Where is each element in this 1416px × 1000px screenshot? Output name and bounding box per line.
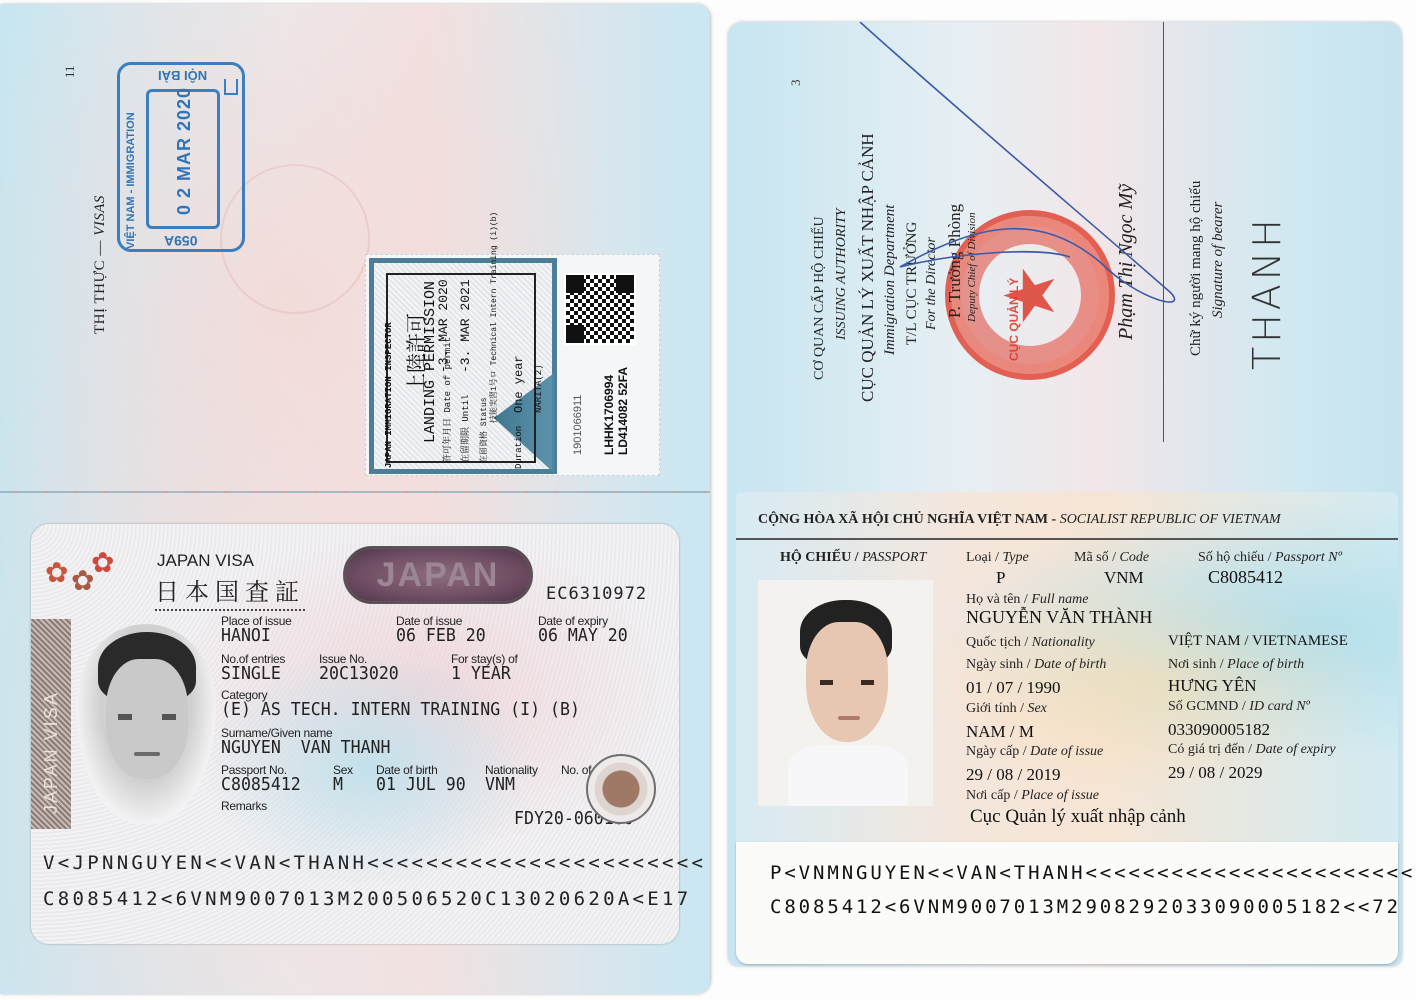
visa-side-text: JAPAN VISA (41, 691, 62, 814)
japan-visa-sticker: ✿ ✿ ✿ JAPAN VISA 日本国査証 JAPAN EC6310972 J… (31, 524, 679, 944)
exit-arrow-icon (224, 79, 238, 95)
visa-field-category: Category(E) AS TECH. INTERN TRAINING (I)… (221, 690, 611, 719)
sticker-code-1: LHHK1706994 (602, 375, 616, 455)
visa-field-sex: SexM (333, 765, 353, 794)
page-fold (0, 491, 710, 493)
date-of-issue: 29 / 08 / 2019 (966, 765, 1060, 785)
until-label: 在留期限 Until (458, 395, 471, 463)
until-date: -3. MAR 2021 (458, 279, 473, 373)
visa-field-entries: No.of entriesSINGLE (221, 654, 286, 683)
qr-code (564, 273, 636, 345)
bearer-signature-label-en: Signature of bearer (1210, 202, 1227, 318)
visa-page: 11 THỊ THỰC — VISAS VIỆT NAM - IMMIGRATI… (0, 4, 710, 994)
passport-mrz-line-2: C8085412<6VNM9007013M2908292033090005182… (770, 896, 1401, 918)
nationality: VIỆT NAM / VIETNAMESE (1168, 633, 1348, 650)
pob-label: Nơi sinh / Place of birth (1168, 657, 1304, 673)
country-code: VNM (1104, 568, 1144, 588)
visa-field-stay: For stay(s) of1 YEAR (451, 654, 517, 683)
bearer-signature: THANH (1245, 215, 1289, 370)
passport-holder-photo (758, 580, 933, 806)
place-of-issue: Cục Quản lý xuất nhập cảnh (970, 806, 1186, 828)
sticker-code-2: LD414082 52FA (616, 367, 630, 455)
page-number: 11 (62, 65, 78, 78)
hologram-text: JAPAN (377, 556, 500, 595)
sex-label: Giới tính / Sex (966, 701, 1047, 717)
republic-title: CỘNG HÒA XÃ HỘI CHỦ NGHĨA VIỆT NAM - SOC… (758, 512, 1281, 528)
visa-field-issue-no: Issue No.20C13020 (319, 654, 406, 683)
visa-title-jp: 日本国査証 (155, 572, 305, 611)
landing-permission-sticker: JAPAN IMMIGRATION INSPECTOR 上陸許可 LANDING… (365, 254, 660, 476)
visa-field-name: Surname/Given nameNGUYEN VAN THANH (221, 728, 405, 757)
republic-title-en: SOCIALIST REPUBLIC OF VIETNAM (1060, 512, 1281, 527)
dob-label: Ngày sinh / Date of birth (966, 657, 1106, 673)
landing-permission-panel: JAPAN IMMIGRATION INSPECTOR 上陸許可 LANDING… (369, 258, 557, 474)
place-of-issue-label: Nơi cấp / Place of issue (966, 788, 1099, 804)
status-value: 技能実習1号ロ Technical Intern Training (i)(b) (488, 303, 499, 423)
passport-mrz-zone: P<VNMNGUYEN<<VAN<THANH<<<<<<<<<<<<<<<<<<… (736, 842, 1398, 964)
visa-mrz-line-1: V<JPNNGUYEN<<VAN<THANH<<<<<<<<<<<<<<<<<<… (43, 852, 706, 874)
date-of-expiry: 29 / 08 / 2029 (1168, 763, 1262, 783)
bearer-signature-label-vn: Chữ ký người mang hộ chiếu (1188, 181, 1205, 356)
visa-field-date-of-issue: Date of issue06 FEB 20 (396, 616, 494, 645)
issuing-authority-vn: CƠ QUAN CẤP HỘ CHIẾU (812, 216, 828, 380)
sticker-serial: 1901066911 (572, 395, 584, 455)
landing-port: NARITA(2) (534, 364, 544, 413)
passport-number: C8085412 (1208, 567, 1283, 588)
republic-title-vn: CỘNG HÒA XÃ HỘI CHỦ NGHĨA VIỆT NAM - (758, 512, 1060, 527)
id-card-number: 033090005182 (1168, 720, 1270, 740)
visa-hologram: JAPAN (343, 546, 533, 604)
signature-divider (1163, 22, 1164, 442)
passport-number-label: Số hộ chiếu / Passport Nº (1198, 550, 1342, 566)
visa-field-nationality: NationalityVNM (485, 765, 538, 794)
duration-label: Duration (514, 426, 524, 469)
visas-heading-vn: THỊ THỰC (92, 260, 108, 334)
full-name: NGUYỄN VĂN THÀNH (966, 607, 1152, 628)
date-of-birth: 01 / 07 / 1990 (966, 678, 1060, 698)
visa-field-place-of-issue: Place of issueHANOI (221, 616, 292, 645)
date-of-permit: -3. MAR 2020 (436, 279, 451, 373)
nationality-label: Quốc tịch / Nationality (966, 635, 1095, 651)
visa-number: EC6310972 (546, 584, 647, 604)
stamp-date: 0 2 MAR 2020 (174, 87, 195, 215)
visa-holder-photo (76, 624, 216, 824)
id-card-label: Số GCMND / ID card Nº (1168, 699, 1310, 715)
issue-date-label: Ngày cấp / Date of issue (966, 744, 1103, 760)
cherry-blossom-icon: ✿ (45, 556, 68, 590)
visa-field-remarks-label: Remarks (221, 801, 267, 812)
inspector-label: JAPAN IMMIGRATION INSPECTOR (384, 322, 394, 468)
cherry-blossom-icon: ✿ (91, 546, 114, 580)
full-name-label: Họ và tên / Full name (966, 592, 1088, 608)
entry-stamp: VIỆT NAM - IMMIGRATION 0 2 MAR 2020 NỘI … (117, 62, 245, 252)
passport-mrz-line-1: P<VNMNGUYEN<<VAN<THANH<<<<<<<<<<<<<<<<<<… (770, 862, 1415, 884)
visa-field-date-of-expiry: Date of expiry06 MAY 20 (538, 616, 636, 645)
stamp-code: 059A (164, 233, 197, 249)
page-number: 3 (788, 80, 804, 87)
visa-title: JAPAN VISA (157, 551, 254, 571)
expiry-date-label: Có giá trị đến / Date of expiry (1168, 742, 1336, 758)
code-label: Mã số / Code (1074, 550, 1149, 566)
passport-type: P (996, 568, 1005, 588)
ministry-seal (586, 754, 656, 824)
stamp-header: VIỆT NAM - IMMIGRATION (125, 112, 137, 249)
visas-heading: THỊ THỰC — VISAS (92, 195, 109, 334)
header-divider (736, 538, 1398, 540)
official-signature (840, 22, 1200, 322)
visa-field-passport-no: Passport No.C8085412 (221, 765, 308, 794)
duration-value: One year (512, 355, 526, 413)
type-label: Loại / Type (966, 550, 1029, 566)
passport-data-page: CỘNG HÒA XÃ HỘI CHỦ NGHĨA VIỆT NAM - SOC… (736, 492, 1398, 842)
stamp-port: NỘI BÀI (158, 68, 207, 83)
visas-heading-en: VISAS (92, 195, 108, 236)
visa-field-dob: Date of birth01 JUL 90 (376, 765, 474, 794)
document-label: HỘ CHIẾU / PASSPORT (780, 550, 926, 566)
sex: NAM / M (966, 722, 1034, 742)
place-of-birth: HƯNG YÊN (1168, 676, 1257, 696)
visa-mrz-line-2: C8085412<6VNM9007013M200506520C13020620A… (43, 888, 692, 910)
